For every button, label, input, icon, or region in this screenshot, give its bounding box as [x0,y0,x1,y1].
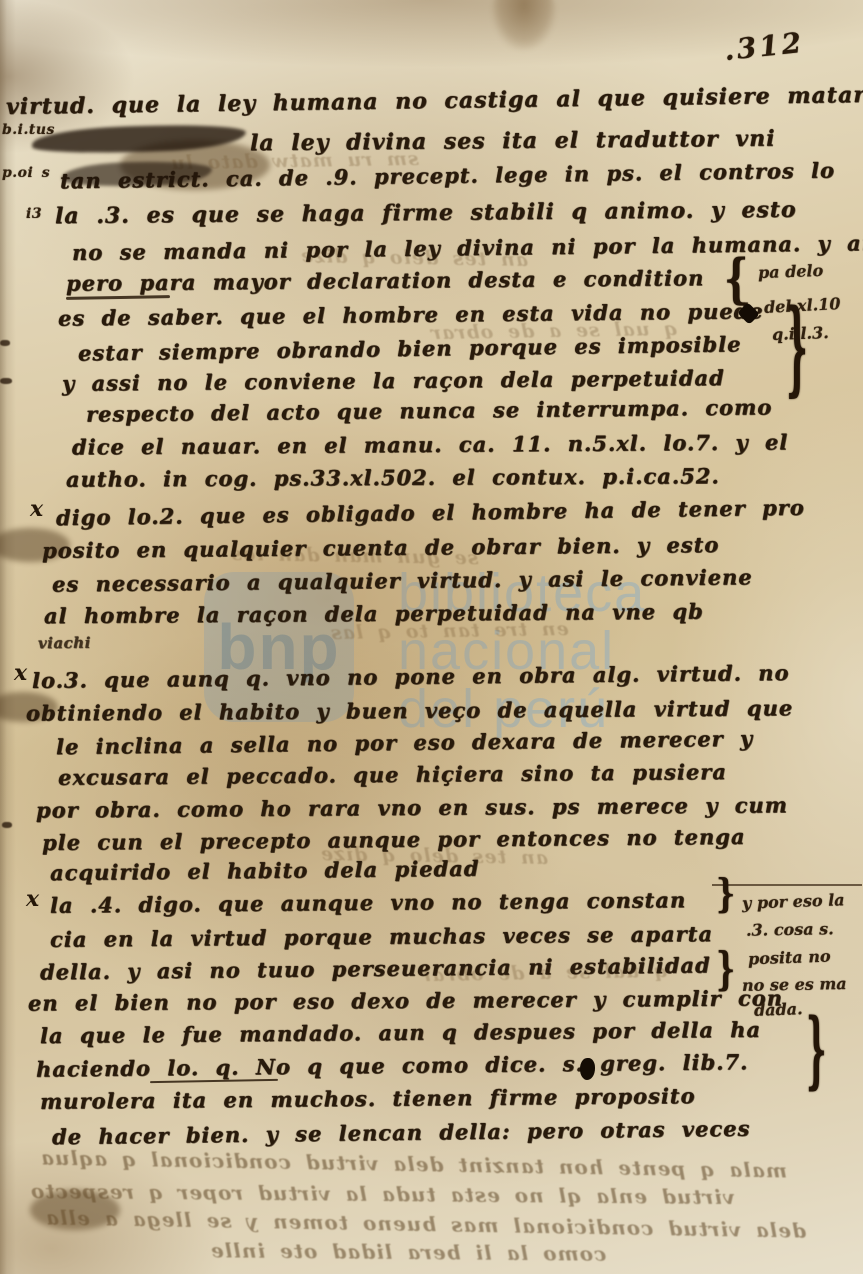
margin-note: pa delo [758,261,824,282]
manuscript-line: autho. in cog. ps.33.xl.502. el contux. … [66,463,720,491]
manuscript-line: excusara el peccado. que hiçiera sino ta… [58,759,727,790]
manuscript-line: es necessario a qualquier virtud. y asi … [52,564,753,596]
manuscript-line: de hacer bien. y se lencan della: pero o… [52,1116,751,1150]
manuscript-line: ple cun el precepto aunque por entonces … [42,824,746,855]
manuscript-line: virtud. que la ley humana no castiga al … [6,82,863,120]
page-number: .312 [722,26,805,67]
ink-mark [2,822,12,828]
manuscript-line: y assi no le conviene la raçon dela perp… [62,365,725,396]
ink-underline [66,295,170,300]
manuscript-line: posito en qualquier cuenta de obrar bien… [42,532,720,563]
manuscript-line: murolera ita en muchos. tienen firme pro… [40,1083,696,1114]
manuscript-line: cia en la virtud porque muchas veces se … [50,921,713,952]
margin-note: p.oi s [2,165,50,181]
manuscript-line: obtiniendo el habito y buen veço de aque… [26,695,793,725]
manuscript-line: la que le fue mandado. aun q despues por… [40,1017,761,1048]
margin-note: i3 [26,206,42,222]
manuscript-line: le inclina a sella no por eso dexara de … [56,726,753,760]
margin-note: .3. cosa s. [746,919,834,940]
paragraph-marker: x [30,496,43,522]
manuscript-line: por obra. como ho rara vno en sus. ps me… [36,792,788,822]
paragraph-marker: x [26,886,39,912]
margin-note: y por eso la [742,890,845,913]
paragraph-marker: x [14,660,27,686]
manuscript-line: la .3. es que se haga firme stabili q an… [55,197,797,229]
ink-brace: } [716,876,735,915]
ink-brace: } [806,1008,827,1091]
bleedthrough-line: como la li bera lidad ote inlle [210,1238,606,1265]
manuscript-line: acquirido el habito dela piedad [50,856,480,885]
ink-mark [0,340,10,346]
manuscript-line: al hombre la raçon dela perpetuidad na v… [44,599,704,629]
manuscript-page: bnp biblioteca nacional del perú sm ru m… [0,0,863,1274]
bleedthrough-line: dela virtud condicional mas bueno tomen … [45,1205,806,1242]
ink-mark [0,378,12,384]
manuscript-line: dice el nauar. en el manu. ca. 11. n.5.x… [72,429,789,459]
manuscript-line: lo.3. que aunq q. vno no pone en obra al… [32,660,790,693]
margin-note: dada. [754,999,803,1020]
manuscript-line: en el bien no por eso dexo de merecer y … [28,985,783,1015]
manuscript-line: estar siempre obrando bien porque es imp… [78,331,742,365]
margin-note: posita no [748,947,831,969]
manuscript-line: respecto del acto que nunca se interrump… [86,394,773,426]
ink-stain [492,0,556,50]
manuscript-line: haciendo lo. q. No q que como dice. s. g… [36,1049,749,1081]
manuscript-line: pero para mayor declaration desta e cond… [66,265,704,296]
ink-blot [580,1058,595,1080]
bleedthrough-line: mala q pente hon tanzint dela virtud con… [40,1145,787,1182]
ink-brace: } [716,948,735,993]
ink-brace: { [724,252,748,305]
manuscript-line: digo lo.2. que es obligado el hombre ha … [56,495,805,530]
ink-brace: } [786,298,808,400]
bleedthrough-line: virtud enla ql no esta tuda la virtud ro… [30,1179,735,1209]
manuscript-line: la .4. digo. que aunque vno no tenga con… [50,887,686,918]
margin-note: no se es ma [742,974,847,995]
manuscript-line: la ley divina ses ita el traduttor vni [250,126,776,157]
manuscript-line: viachi [38,634,91,652]
